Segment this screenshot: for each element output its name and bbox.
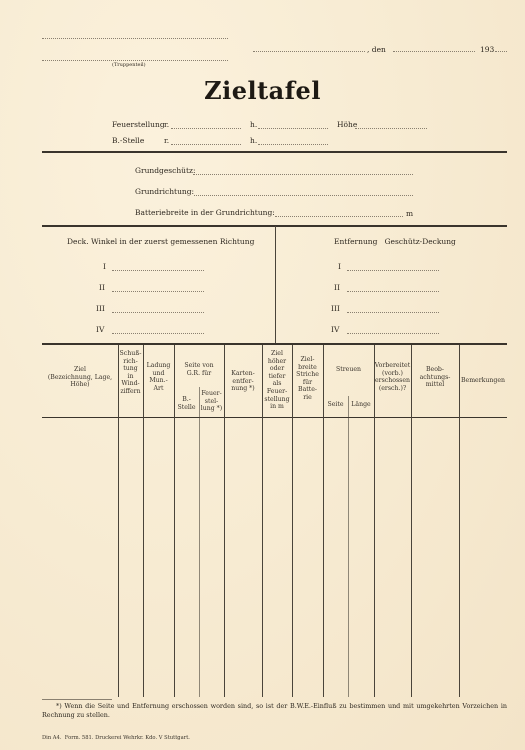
imprint: Din A4. Form. 581. Druckerei Wehrkr. Kdo… <box>42 735 190 741</box>
col-line <box>374 345 375 697</box>
deck-right-field-4[interactable] <box>347 333 439 334</box>
divider-top <box>42 151 507 153</box>
feuerstellung-h-field[interactable] <box>258 128 328 129</box>
col-line <box>323 345 324 697</box>
grundrichtung-field[interactable] <box>194 195 413 196</box>
page-title: Zieltafel <box>0 76 525 105</box>
batteriebreite-field[interactable] <box>275 216 403 217</box>
col-line <box>292 345 293 697</box>
deck-left-row-label: II <box>99 284 105 292</box>
date-separator: , den <box>367 46 386 54</box>
col-zielbreite: Ziel- breite Striche für Batte- rie <box>292 356 323 402</box>
unit-caption: (Truppenteil) <box>112 63 146 68</box>
bstelle-r-label: r. <box>164 137 169 145</box>
col-streuen: Streuen <box>323 366 374 374</box>
deck-right-row-label: II <box>334 284 340 292</box>
footnote-text: *) Wenn die Seite und Entfernung erschos… <box>42 702 507 720</box>
col-ziel-hoeher: Ziel höher oder tiefer als Feuer- stellu… <box>262 350 292 411</box>
col-line <box>348 396 349 697</box>
hoehe-field[interactable] <box>355 128 427 129</box>
col-line <box>199 387 200 697</box>
deck-left-field-2[interactable] <box>112 291 204 292</box>
col-ladung: Ladung und Mun.- Art <box>143 362 174 392</box>
divider-table-top <box>42 343 507 345</box>
col-line <box>411 345 412 697</box>
grundrichtung-label: Grundrichtung: <box>135 188 194 196</box>
grundgeschuetz-field[interactable] <box>193 174 413 175</box>
col-line <box>262 345 263 697</box>
deck-right-title: Entfernung Geschütz-Deckung <box>334 238 456 246</box>
year-prefix: 193 <box>480 46 494 54</box>
unit-line-2[interactable] <box>42 60 228 61</box>
col-kartenentfernung: Karten- entfer- nung *) <box>224 370 262 393</box>
footnote-rule <box>42 699 112 700</box>
col-line <box>459 345 460 697</box>
col-seite-von: Seite von G.R. für <box>174 362 224 377</box>
batteriebreite-label: Batteriebreite in der Grundrichtung: <box>135 209 275 217</box>
deck-divider <box>275 226 276 344</box>
col-bemerkungen: Bemerkungen <box>459 377 507 385</box>
col-ziel: Ziel (Bezeichnung, Lage, Höhe) <box>42 366 118 389</box>
deck-left-field-1[interactable] <box>112 270 204 271</box>
feuerstellung-label: Feuerstellung <box>112 121 165 129</box>
feuerstellung-h-label: h. <box>250 121 257 129</box>
year-line[interactable] <box>495 51 507 52</box>
feuerstellung-r-label: r. <box>164 121 169 129</box>
table-header-rule <box>42 417 507 418</box>
bstelle-label: B.-Stelle <box>112 137 144 145</box>
deck-left-row-label: III <box>96 305 105 313</box>
col-line <box>118 345 119 697</box>
col-seite-bstelle: B.- Stelle <box>174 396 199 411</box>
bstelle-h-label: h. <box>250 137 257 145</box>
col-beobachtungsmittel: Beob- achtungs- mittel <box>411 366 459 389</box>
date-line[interactable] <box>393 51 475 52</box>
col-line <box>224 345 225 697</box>
col-vorbereitet: Vorbereitet (vorb.) erschossen (ersch.)? <box>374 362 411 392</box>
deck-right-row-label: I <box>338 263 341 271</box>
deck-left-row-label: I <box>103 263 106 271</box>
col-line <box>174 345 175 697</box>
col-schussrichtung: Schuß- rich- tung in Wind- ziffern <box>118 350 143 396</box>
unit-line-1[interactable] <box>42 38 228 39</box>
deck-right-field-1[interactable] <box>347 270 439 271</box>
deck-right-field-2[interactable] <box>347 291 439 292</box>
grundgeschuetz-label: Grundgeschütz: <box>135 167 195 175</box>
deck-left-field-3[interactable] <box>112 312 204 313</box>
bstelle-h-field[interactable] <box>258 144 328 145</box>
bstelle-r-field[interactable] <box>171 144 241 145</box>
place-line[interactable] <box>253 51 365 52</box>
col-streuen-seite: Seite <box>323 401 348 409</box>
unit-m: m <box>406 210 413 218</box>
deck-right-row-label: III <box>331 305 340 313</box>
deck-right-row-label: IV <box>331 326 339 334</box>
col-streuen-laenge: Länge <box>348 401 374 409</box>
deck-right-field-3[interactable] <box>347 312 439 313</box>
feuerstellung-r-field[interactable] <box>171 128 241 129</box>
deck-left-field-4[interactable] <box>112 333 204 334</box>
col-seite-feuerstellung: Feuer- stel- lung *) <box>199 390 224 413</box>
col-line <box>143 345 144 697</box>
deck-left-row-label: IV <box>96 326 104 334</box>
deck-left-title: Deck. Winkel in der zuerst gemessenen Ri… <box>67 238 254 246</box>
